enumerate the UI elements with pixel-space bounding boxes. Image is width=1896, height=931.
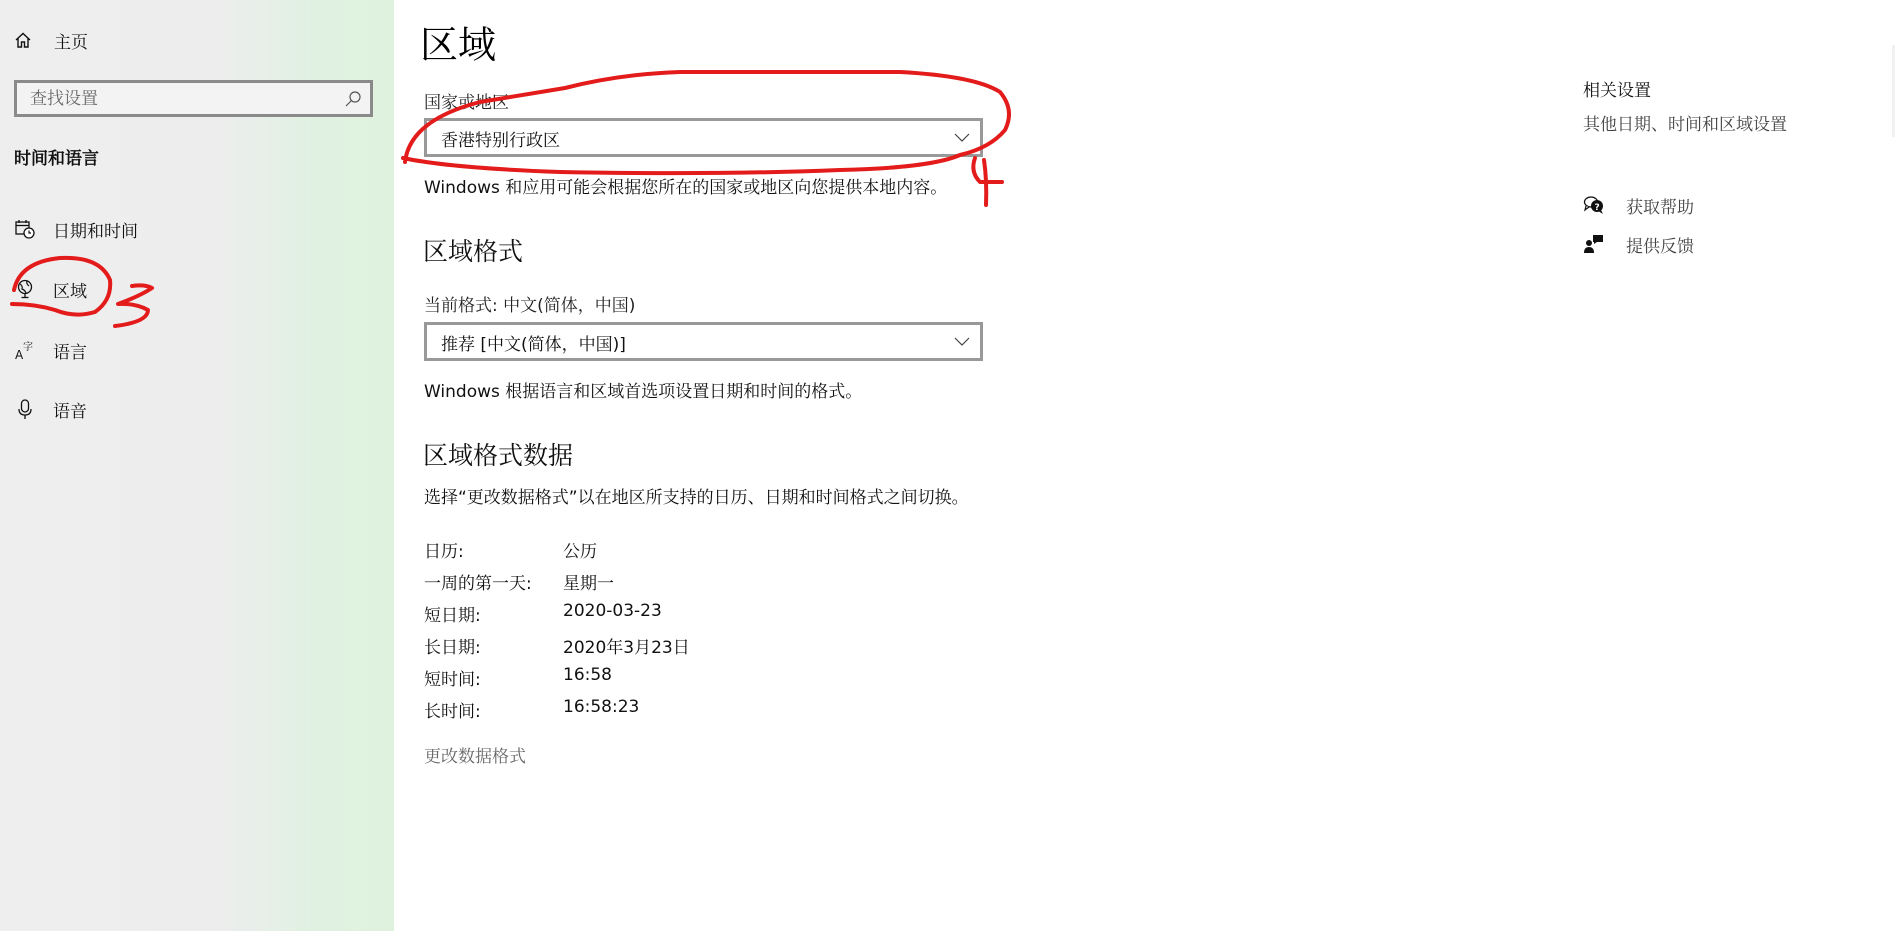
calendar-value: 公历 (563, 537, 597, 562)
current-format-label: 当前格式: 中文(简体，中国) (424, 291, 635, 316)
get-help-label: 获取帮助 (1626, 193, 1694, 218)
sidebar-item-date-time[interactable]: 日期和时间 (14, 213, 374, 245)
country-description: Windows 和应用可能会根据您所在的国家或地区向您提供本地内容。 (424, 173, 947, 198)
get-help-link[interactable]: ? 获取帮助 (1583, 191, 1694, 219)
regional-format-heading: 区域格式 (423, 232, 523, 268)
svg-text:?: ? (1595, 203, 1600, 213)
long-date-label: 长日期: (424, 633, 481, 658)
globe-icon (14, 278, 36, 300)
give-feedback-label: 提供反馈 (1626, 232, 1694, 257)
short-date-label: 短日期: (424, 601, 481, 626)
country-label: 国家或地区 (424, 88, 509, 113)
chevron-down-icon (954, 131, 970, 143)
home-icon (14, 31, 32, 49)
short-time-label: 短时间: (424, 665, 481, 690)
search-input[interactable] (17, 83, 340, 114)
calendar-label: 日历: (424, 537, 464, 562)
home-nav-item[interactable]: 主页 (14, 26, 88, 54)
microphone-icon (14, 398, 36, 420)
svg-text:字: 字 (23, 341, 33, 353)
sidebar-item-label: 语言 (53, 338, 87, 363)
related-settings-title: 相关设置 (1583, 76, 1651, 101)
group-title: 时间和语言 (14, 144, 99, 169)
country-dropdown[interactable]: 香港特别行政区 (424, 118, 983, 157)
short-time-value: 16:58 (563, 665, 612, 685)
sidebar-item-label: 语音 (53, 397, 87, 422)
search-icon[interactable] (344, 90, 362, 108)
sidebar-item-region[interactable]: 区域 (14, 273, 374, 305)
sidebar-item-language[interactable]: A 字 语言 (14, 334, 374, 366)
home-label: 主页 (54, 28, 88, 53)
regional-format-selected-value: 推荐 [中文(简体，中国)] (441, 330, 626, 355)
long-date-value: 2020年3月23日 (563, 633, 690, 658)
regional-format-description: Windows 根据语言和区域首选项设置日期和时间的格式。 (424, 377, 862, 402)
search-box[interactable] (14, 80, 373, 117)
short-date-value: 2020-03-23 (563, 601, 662, 621)
give-feedback-link[interactable]: 提供反馈 (1583, 230, 1694, 258)
calendar-clock-icon (14, 218, 36, 240)
regional-format-dropdown[interactable]: 推荐 [中文(简体，中国)] (424, 322, 983, 361)
change-data-format-link[interactable]: 更改数据格式 (424, 742, 526, 767)
help-chat-icon: ? (1583, 195, 1605, 215)
scrollbar[interactable] (1892, 45, 1895, 137)
chevron-down-icon (954, 335, 970, 347)
format-data-description: 选择“更改数据格式”以在地区所支持的日历、日期和时间格式之间切换。 (424, 483, 969, 508)
country-selected-value: 香港特别行政区 (441, 126, 560, 151)
sidebar-item-speech[interactable]: 语音 (14, 393, 374, 425)
sidebar-item-label: 区域 (53, 277, 87, 302)
annotation-number-4 (973, 158, 1002, 205)
language-icon: A 字 (14, 339, 36, 361)
sidebar: 主页 时间和语言 日期和时间 (0, 0, 394, 931)
long-time-label: 长时间: (424, 697, 481, 722)
sidebar-item-label: 日期和时间 (53, 217, 138, 242)
page-title: 区域 (420, 14, 496, 69)
feedback-icon (1583, 234, 1605, 254)
long-time-value: 16:58:23 (563, 697, 639, 717)
first-day-value: 星期一 (563, 569, 614, 594)
format-data-heading: 区域格式数据 (423, 436, 573, 472)
additional-date-time-region-link[interactable]: 其他日期、时间和区域设置 (1583, 110, 1787, 135)
first-day-label: 一周的第一天: (424, 569, 532, 594)
